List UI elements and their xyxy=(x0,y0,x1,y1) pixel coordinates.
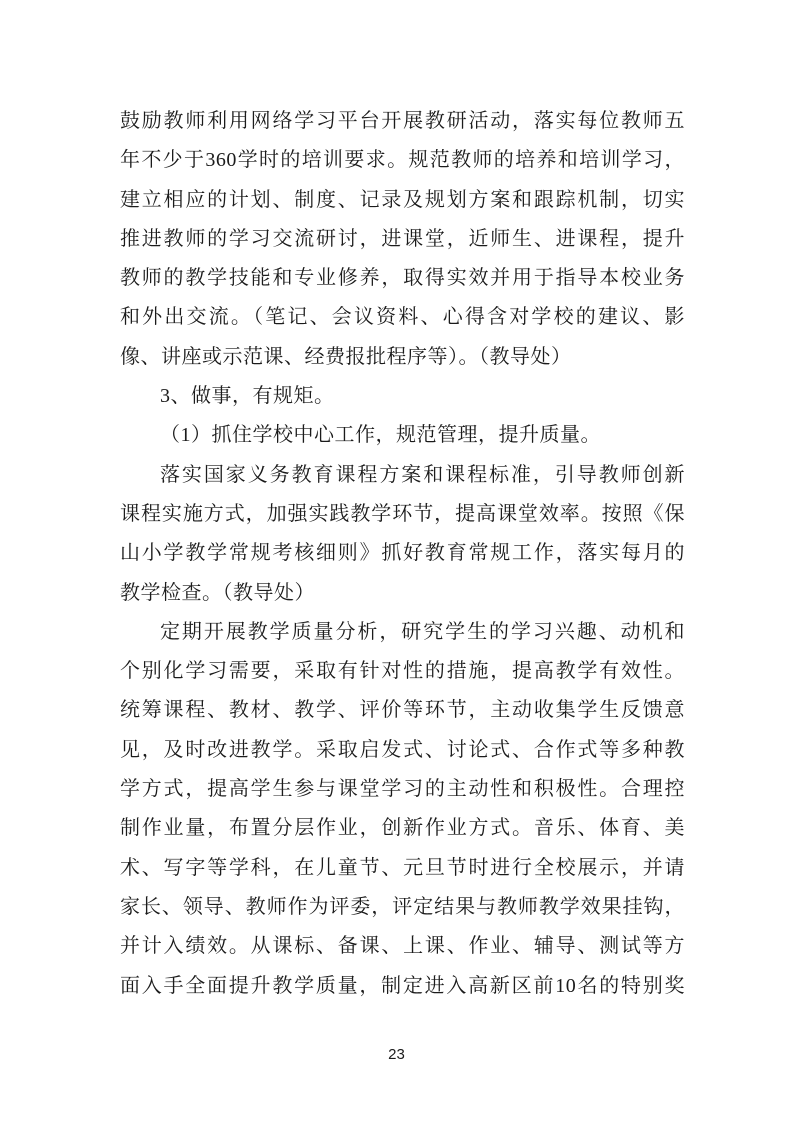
text-line: 像、讲座或示范课、经费报批程序等）。（教导处） xyxy=(120,338,685,377)
text-line: 推进教师的学习交流研讨，进课堂，近师生、进课程，提升 xyxy=(120,220,685,259)
text-line: 家长、领导、教师作为评委，评定结果与教师教学效果挂钩， xyxy=(120,888,685,927)
text-line: 教师的教学技能和专业修养，取得实效并用于指导本校业务 xyxy=(120,259,685,298)
text-line: 学方式，提高学生参与课堂学习的主动性和积极性。合理控 xyxy=(120,770,685,809)
text-line: 鼓励教师利用网络学习平台开展教研活动，落实每位教师五 xyxy=(120,102,685,141)
text-line: 见，及时改进教学。采取启发式、讨论式、合作式等多种教 xyxy=(120,731,685,770)
text-line: 山小学教学常规考核细则》抓好教育常规工作，落实每月的 xyxy=(120,534,685,573)
text-line: 面入手全面提升教学质量，制定进入高新区前10名的特别奖 xyxy=(120,967,685,1006)
text-line: 定期开展教学质量分析，研究学生的学习兴趣、动机和 xyxy=(120,613,685,652)
text-line: 并计入绩效。从课标、备课、上课、作业、辅导、测试等方 xyxy=(120,927,685,966)
text-line: 统筹课程、教材、教学、评价等环节，主动收集学生反馈意 xyxy=(120,691,685,730)
text-line: 制作业量，布置分层作业，创新作业方式。音乐、体育、美 xyxy=(120,809,685,848)
document-body: 鼓励教师利用网络学习平台开展教研活动，落实每位教师五年不少于360学时的培训要求… xyxy=(120,102,685,1006)
text-line: 课程实施方式，加强实践教学环节，提高课堂效率。按照《保 xyxy=(120,495,685,534)
text-line: 教学检查。（教导处） xyxy=(120,574,685,613)
text-line: （1）抓住学校中心工作，规范管理，提升质量。 xyxy=(120,416,685,455)
text-line: 和外出交流。（笔记、会议资料、心得含对学校的建议、影 xyxy=(120,298,685,337)
text-line: 术、写字等学科，在儿童节、元旦节时进行全校展示，并请 xyxy=(120,849,685,888)
document-page: 鼓励教师利用网络学习平台开展教研活动，落实每位教师五年不少于360学时的培训要求… xyxy=(0,0,793,1122)
text-line: 3、做事，有规矩。 xyxy=(120,377,685,416)
text-line: 落实国家义务教育课程方案和课程标准，引导教师创新 xyxy=(120,456,685,495)
text-line: 个别化学习需要，采取有针对性的措施，提高教学有效性。 xyxy=(120,652,685,691)
page-number: 23 xyxy=(0,1045,793,1065)
text-line: 建立相应的计划、制度、记录及规划方案和跟踪机制，切实 xyxy=(120,181,685,220)
text-line: 年不少于360学时的培训要求。规范教师的培养和培训学习， xyxy=(120,141,685,180)
